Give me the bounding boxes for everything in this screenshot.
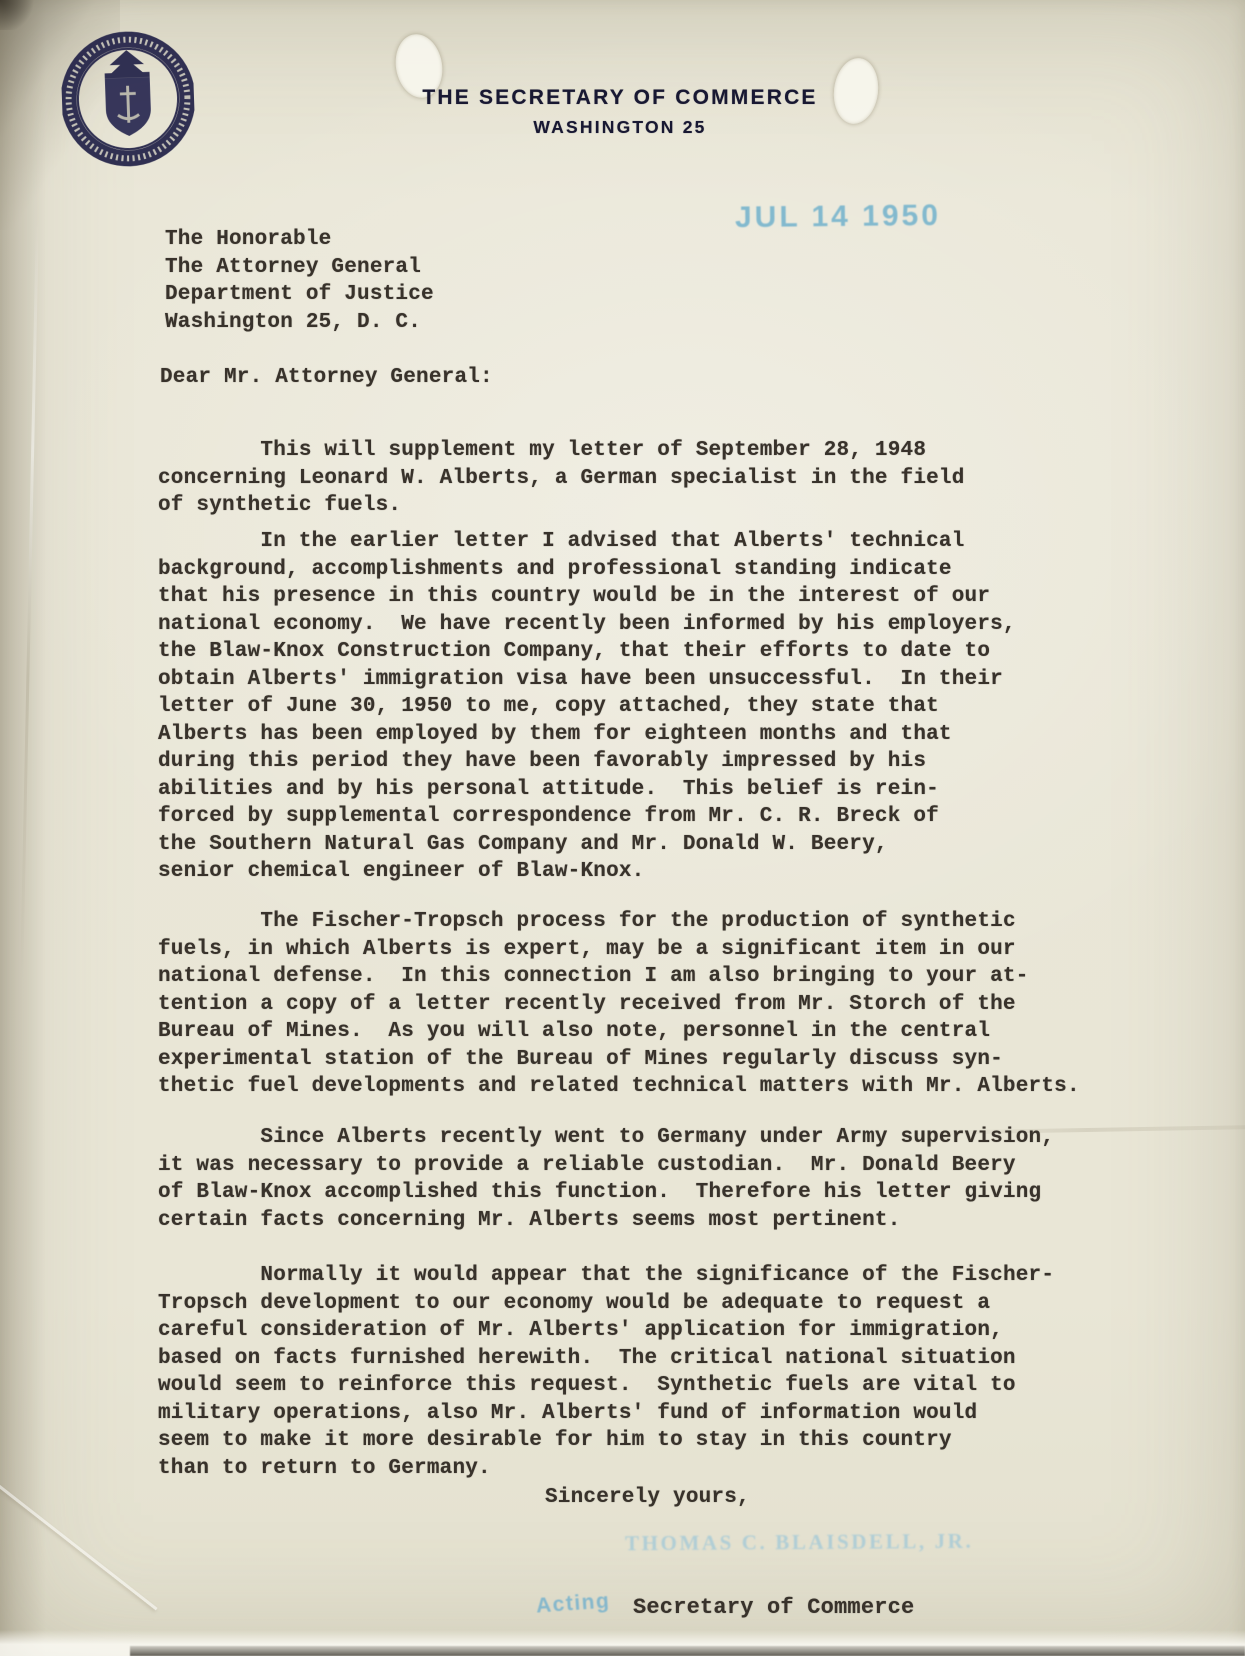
scan-shadow-bottom	[130, 1646, 1245, 1656]
body-paragraph-1: This will supplement my letter of Septem…	[158, 437, 965, 520]
body-paragraph-3: The Fischer-Tropsch process for the prod…	[158, 908, 1080, 1101]
body-paragraph-4: Since Alberts recently went to Germany u…	[158, 1124, 1054, 1234]
body-paragraph-5: Normally it would appear that the signif…	[158, 1262, 1054, 1482]
recipient-address: The Honorable The Attorney General Depar…	[165, 226, 434, 336]
body-paragraph-2: In the earlier letter I advised that Alb…	[158, 528, 1016, 886]
received-date-stamp: JUL 14 1950	[735, 199, 941, 235]
letterhead-city: WASHINGTON 25	[370, 117, 870, 138]
signer-name-stamp: THOMAS C. BLAISDELL, JR.	[625, 1529, 985, 1557]
signer-title: Secretary of Commerce	[633, 1594, 914, 1622]
document-page: THE SECRETARY OF COMMERCE WASHINGTON 25 …	[0, 0, 1245, 1656]
closing-sincerely: Sincerely yours,	[545, 1484, 750, 1512]
salutation: Dear Mr. Attorney General:	[160, 364, 493, 392]
letterhead-title: THE SECRETARY OF COMMERCE	[370, 86, 870, 110]
department-of-commerce-seal-icon	[60, 28, 197, 171]
acting-stamp: Acting	[535, 1589, 611, 1618]
